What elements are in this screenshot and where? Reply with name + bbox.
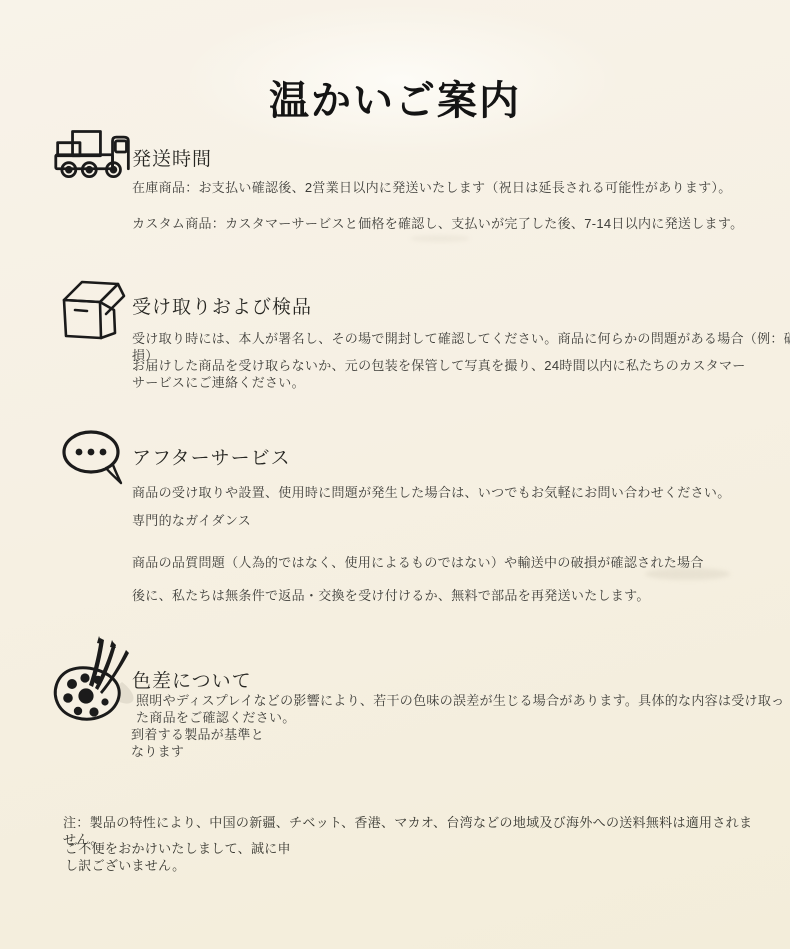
- section-paragraph: カスタム商品：カスタマーサービスと価格を確認し、支払いが完了した後、7-14日以…: [132, 215, 790, 232]
- box-icon: [57, 277, 131, 347]
- page-title: 温かいご案内: [0, 69, 790, 126]
- section-paragraph: 照明やディスプレイなどの影響により、若干の色味の誤差が生じる場合があります。具体…: [136, 692, 790, 726]
- section-paragraph: 在庫商品：お支払い確認後、2営業日以内に発送いたします（祝日は延長される可能性が…: [132, 179, 790, 196]
- section-paragraph: 商品の品質問題（人為的ではなく、使用によるものではない）や輸送中の破損が確認され…: [132, 554, 790, 571]
- footer-apology-note: ご不便をおかけいたしまして、誠に申 し訳ございません。: [65, 840, 765, 874]
- section-paragraph: 商品の受け取りや設置、使用時に問題が発生した場合は、いつでもお気軽にお問い合わせ…: [132, 484, 790, 501]
- section-heading-shipping: 発送時間: [132, 144, 212, 171]
- section-heading-receiving: 受け取りおよび検品: [132, 292, 312, 319]
- section-paragraph: 後に、私たちは無条件で返品・交換を受け付けるか、無料で部品を再発送いたします。: [132, 587, 790, 604]
- truck-icon: [53, 125, 133, 179]
- section-paragraph: お届けした商品を受け取らないか、元の包装を保管して写真を撮り、24時間以内に私た…: [132, 357, 790, 391]
- section-heading-color-difference: 色差について: [132, 666, 252, 693]
- notice-page: 温かいご案内 発送時間 在庫商品：お支払い確認後、2営業日以内に発送いたします（…: [0, 0, 790, 949]
- section-paragraph: 専門的なガイダンス: [132, 512, 790, 529]
- chat-bubble-icon: [60, 427, 126, 485]
- section-paragraph: 到着する製品が基準と なります: [131, 726, 790, 760]
- palette-icon: [48, 632, 140, 724]
- print-smudge: [410, 235, 470, 242]
- section-heading-after-service: アフターサービス: [132, 443, 291, 470]
